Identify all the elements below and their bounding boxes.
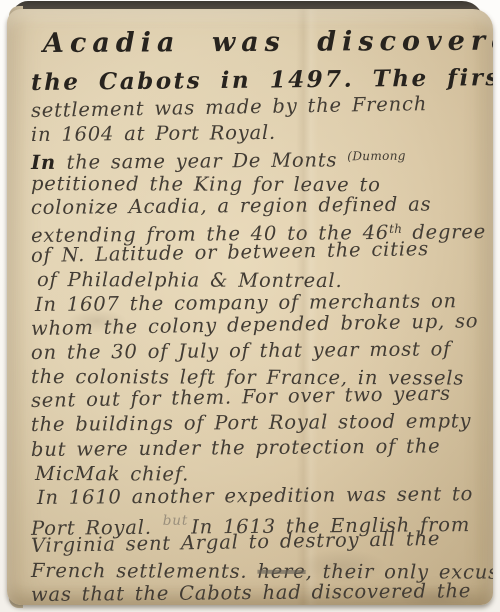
manuscript-line: but were under the protection of the (31, 434, 485, 462)
text-segment: (Dumong (347, 149, 406, 164)
manuscript-line: was that the Cabots had discovered the (31, 579, 485, 605)
text-segment: the same year De Monts (66, 149, 347, 174)
text-segment: was that the Cabots had discovered the (31, 579, 471, 605)
text-segment: th (389, 222, 402, 236)
text-segment: In (31, 151, 67, 174)
photograph-background: Acadia was discovered bythe Cabots in 14… (0, 0, 500, 612)
inserted-word: but (163, 513, 189, 529)
text-segment: Acadia was discovered by (43, 25, 493, 59)
struck-word: here (257, 559, 305, 582)
text-segment: the buildings of Port Royal stood empty (31, 410, 471, 437)
manuscript-line: on the 30 of July of that year most of (31, 337, 485, 365)
text-segment: in 1604 at Port Royal. (31, 121, 276, 146)
manuscript-lines: Acadia was discovered bythe Cabots in 14… (31, 22, 485, 605)
text-segment: petitioned the King for leave to (31, 172, 381, 196)
manuscript-line: In the same year De Monts (Dumong (31, 143, 485, 171)
manuscript-line: Acadia was discovered by (43, 20, 485, 68)
text-segment: but were under the protection of the (31, 434, 441, 461)
text-segment: MicMak chief. (35, 462, 189, 486)
text-segment: of Philadelphia & Montreal. (37, 268, 343, 292)
text-segment: colonize Acadia, a region defined as (31, 192, 432, 218)
text-segment: In 1610 another expedition was sent to (37, 482, 473, 509)
manuscript-line: the buildings of Port Royal stood empty (31, 409, 485, 437)
text-segment: on the 30 of July of that year most of (31, 337, 451, 364)
notebook-page: Acadia was discovered bythe Cabots in 14… (7, 9, 493, 605)
text-segment: French settlements. (31, 559, 258, 583)
